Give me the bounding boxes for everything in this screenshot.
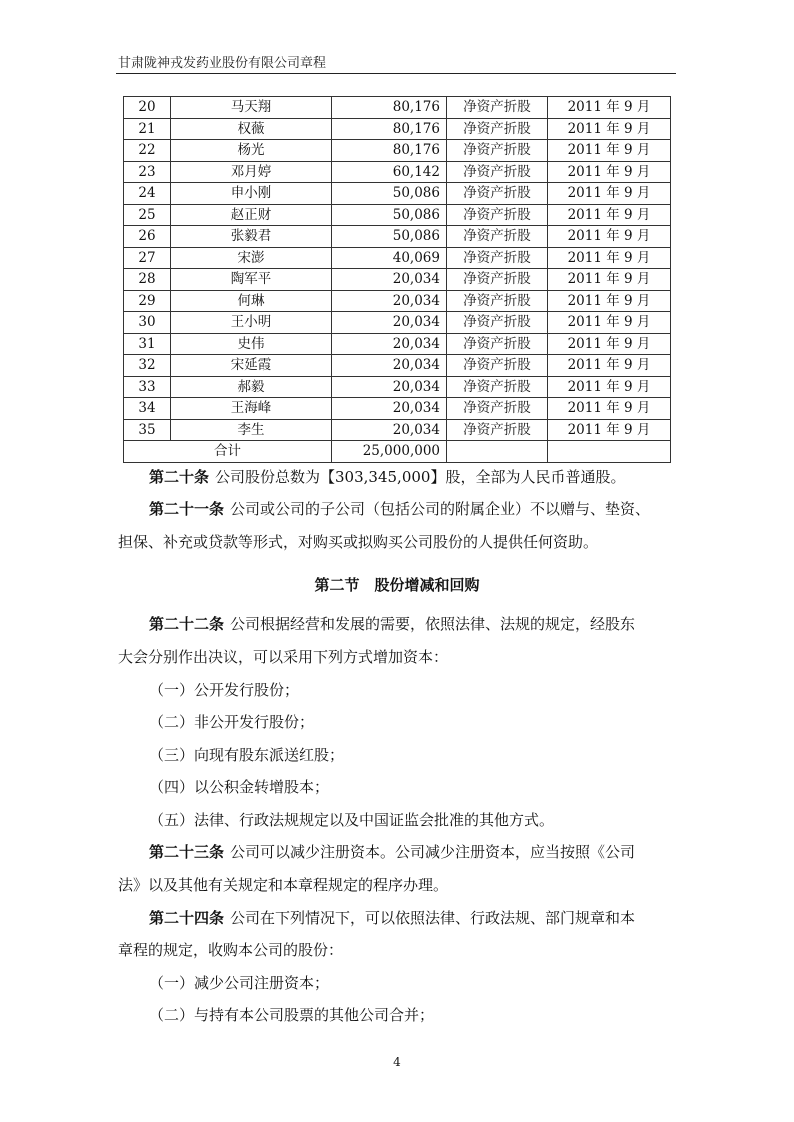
- article-23-title: 第二十三条: [149, 843, 224, 861]
- article-23-line2: 法》以及其他有关规定和本章程规定的程序办理。: [118, 876, 678, 894]
- contribution-date: 2011 年 9 月: [548, 333, 671, 355]
- share-count: 50,086: [332, 183, 447, 205]
- row-number: 33: [124, 376, 171, 398]
- share-count: 20,034: [332, 290, 447, 312]
- share-count: 20,034: [332, 398, 447, 420]
- empty-cell: [548, 441, 671, 463]
- row-number: 26: [124, 226, 171, 248]
- article-24-line1: 第二十四条公司在下列情况下，可以依照法律、行政法规、部门规章和本: [118, 909, 709, 927]
- share-count: 50,086: [332, 204, 447, 226]
- share-count: 20,034: [332, 355, 447, 377]
- table-row: 23邓月婷60,142净资产折股2011 年 9 月: [124, 161, 671, 183]
- article-21-line2: 担保、补充或贷款等形式，对购买或拟购买公司股份的人提供任何资助。: [118, 533, 678, 551]
- share-count: 40,069: [332, 247, 447, 269]
- contribution-method: 净资产折股: [447, 140, 548, 162]
- section-title: 第二节 股份增减和回购: [0, 574, 794, 595]
- contribution-date: 2011 年 9 月: [548, 140, 671, 162]
- shareholder-name: 郝毅: [171, 376, 332, 398]
- row-number: 23: [124, 161, 171, 183]
- table-row: 31史伟20,034净资产折股2011 年 9 月: [124, 333, 671, 355]
- share-count: 20,034: [332, 419, 447, 441]
- article-24-item-1: （一）减少公司注册资本；: [118, 974, 709, 992]
- contribution-method: 净资产折股: [447, 204, 548, 226]
- contribution-date: 2011 年 9 月: [548, 97, 671, 119]
- shareholder-name: 杨光: [171, 140, 332, 162]
- shareholder-name: 李生: [171, 419, 332, 441]
- page-number: 4: [0, 1055, 794, 1069]
- article-21-text: 公司或公司的子公司（包括公司的附属企业）不以赠与、垫资、: [230, 500, 650, 518]
- table-row: 28陶军平20,034净资产折股2011 年 9 月: [124, 269, 671, 291]
- row-number: 27: [124, 247, 171, 269]
- contribution-date: 2011 年 9 月: [548, 204, 671, 226]
- article-22-item-4: （四）以公积金转增股本；: [118, 778, 709, 796]
- row-number: 25: [124, 204, 171, 226]
- shareholder-name: 王小明: [171, 312, 332, 334]
- row-number: 35: [124, 419, 171, 441]
- shareholder-name: 宋澎: [171, 247, 332, 269]
- contribution-method: 净资产折股: [447, 355, 548, 377]
- article-24-item-2: （二）与持有本公司股票的其他公司合并；: [118, 1006, 709, 1024]
- row-number: 24: [124, 183, 171, 205]
- contribution-date: 2011 年 9 月: [548, 419, 671, 441]
- share-count: 80,176: [332, 97, 447, 119]
- table-row: 26张毅君50,086净资产折股2011 年 9 月: [124, 226, 671, 248]
- article-22-item-2: （二）非公开发行股份；: [118, 713, 709, 731]
- row-number: 21: [124, 118, 171, 140]
- share-count: 20,034: [332, 376, 447, 398]
- article-23-text: 公司可以减少注册资本。公司减少注册资本，应当按照《公司: [230, 843, 635, 861]
- contribution-method: 净资产折股: [447, 333, 548, 355]
- contribution-method: 净资产折股: [447, 398, 548, 420]
- contribution-date: 2011 年 9 月: [548, 226, 671, 248]
- contribution-method: 净资产折股: [447, 161, 548, 183]
- shareholder-name: 赵正财: [171, 204, 332, 226]
- contribution-date: 2011 年 9 月: [548, 118, 671, 140]
- table-row: 21权薇80,176净资产折股2011 年 9 月: [124, 118, 671, 140]
- contribution-date: 2011 年 9 月: [548, 247, 671, 269]
- contribution-date: 2011 年 9 月: [548, 355, 671, 377]
- row-number: 30: [124, 312, 171, 334]
- article-23-line1: 第二十三条公司可以减少注册资本。公司减少注册资本，应当按照《公司: [118, 843, 709, 861]
- row-number: 29: [124, 290, 171, 312]
- table-row: 32宋延霞20,034净资产折股2011 年 9 月: [124, 355, 671, 377]
- shareholder-name: 宋延霞: [171, 355, 332, 377]
- contribution-method: 净资产折股: [447, 118, 548, 140]
- row-number: 28: [124, 269, 171, 291]
- article-24-line2: 章程的规定，收购本公司的股份：: [118, 941, 678, 959]
- contribution-date: 2011 年 9 月: [548, 376, 671, 398]
- share-count: 20,034: [332, 269, 447, 291]
- share-count: 50,086: [332, 226, 447, 248]
- article-22-item-5: （五）法律、行政法规规定以及中国证监会批准的其他方式。: [118, 811, 709, 829]
- contribution-method: 净资产折股: [447, 290, 548, 312]
- shareholder-name: 权薇: [171, 118, 332, 140]
- shareholder-name: 邓月婷: [171, 161, 332, 183]
- table-row: 29何琳20,034净资产折股2011 年 9 月: [124, 290, 671, 312]
- table-row: 27宋澎40,069净资产折股2011 年 9 月: [124, 247, 671, 269]
- share-count: 80,176: [332, 118, 447, 140]
- article-20-title: 第二十条: [149, 468, 209, 486]
- shareholder-name: 何琳: [171, 290, 332, 312]
- empty-cell: [447, 441, 548, 463]
- shareholder-name: 申小刚: [171, 183, 332, 205]
- contribution-date: 2011 年 9 月: [548, 183, 671, 205]
- shareholder-name: 张毅君: [171, 226, 332, 248]
- article-20-text: 公司股份总数为【303,345,000】股，全部为人民币普通股。: [215, 468, 625, 486]
- table-row: 34王海峰20,034净资产折股2011 年 9 月: [124, 398, 671, 420]
- article-20: 第二十条公司股份总数为【303,345,000】股，全部为人民币普通股。: [118, 468, 709, 486]
- header-rule: [116, 73, 676, 74]
- share-count: 20,034: [332, 312, 447, 334]
- contribution-method: 净资产折股: [447, 376, 548, 398]
- article-21-line1: 第二十一条公司或公司的子公司（包括公司的附属企业）不以赠与、垫资、: [118, 500, 709, 518]
- article-22-item-3: （三）向现有股东派送红股；: [118, 746, 709, 764]
- contribution-method: 净资产折股: [447, 312, 548, 334]
- share-count: 20,034: [332, 333, 447, 355]
- total-shares: 25,000,000: [332, 441, 447, 463]
- share-count: 80,176: [332, 140, 447, 162]
- shareholder-table: 20马天翔80,176净资产折股2011 年 9 月21权薇80,176净资产折…: [123, 96, 671, 463]
- document-header-title: 甘肃陇神戎发药业股份有限公司章程: [118, 52, 326, 71]
- contribution-date: 2011 年 9 月: [548, 398, 671, 420]
- shareholder-name: 陶军平: [171, 269, 332, 291]
- shareholder-name: 史伟: [171, 333, 332, 355]
- table-row: 24申小刚50,086净资产折股2011 年 9 月: [124, 183, 671, 205]
- article-21-title: 第二十一条: [149, 500, 224, 518]
- table-row: 22杨光80,176净资产折股2011 年 9 月: [124, 140, 671, 162]
- article-22-line2: 大会分别作出决议，可以采用下列方式增加资本：: [118, 648, 678, 666]
- share-count: 60,142: [332, 161, 447, 183]
- contribution-method: 净资产折股: [447, 419, 548, 441]
- row-number: 20: [124, 97, 171, 119]
- row-number: 34: [124, 398, 171, 420]
- contribution-method: 净资产折股: [447, 226, 548, 248]
- table-row: 25赵正财50,086净资产折股2011 年 9 月: [124, 204, 671, 226]
- table-row: 30王小明20,034净资产折股2011 年 9 月: [124, 312, 671, 334]
- article-22-item-1: （一）公开发行股份；: [118, 681, 709, 699]
- row-number: 32: [124, 355, 171, 377]
- article-24-title: 第二十四条: [149, 909, 224, 927]
- contribution-date: 2011 年 9 月: [548, 161, 671, 183]
- contribution-method: 净资产折股: [447, 97, 548, 119]
- contribution-method: 净资产折股: [447, 247, 548, 269]
- contribution-method: 净资产折股: [447, 183, 548, 205]
- row-number: 22: [124, 140, 171, 162]
- table-row: 35李生20,034净资产折股2011 年 9 月: [124, 419, 671, 441]
- total-label: 合计: [124, 441, 332, 463]
- shareholder-name: 马天翔: [171, 97, 332, 119]
- article-22-line1: 第二十二条公司根据经营和发展的需要，依照法律、法规的规定，经股东: [118, 615, 709, 633]
- article-22-text: 公司根据经营和发展的需要，依照法律、法规的规定，经股东: [230, 615, 635, 633]
- shareholder-name: 王海峰: [171, 398, 332, 420]
- table-total-row: 合计25,000,000: [124, 441, 671, 463]
- contribution-date: 2011 年 9 月: [548, 290, 671, 312]
- table-row: 20马天翔80,176净资产折股2011 年 9 月: [124, 97, 671, 119]
- row-number: 31: [124, 333, 171, 355]
- table-row: 33郝毅20,034净资产折股2011 年 9 月: [124, 376, 671, 398]
- article-24-text: 公司在下列情况下，可以依照法律、行政法规、部门规章和本: [230, 909, 635, 927]
- contribution-date: 2011 年 9 月: [548, 269, 671, 291]
- contribution-date: 2011 年 9 月: [548, 312, 671, 334]
- article-22-title: 第二十二条: [149, 615, 224, 633]
- contribution-method: 净资产折股: [447, 269, 548, 291]
